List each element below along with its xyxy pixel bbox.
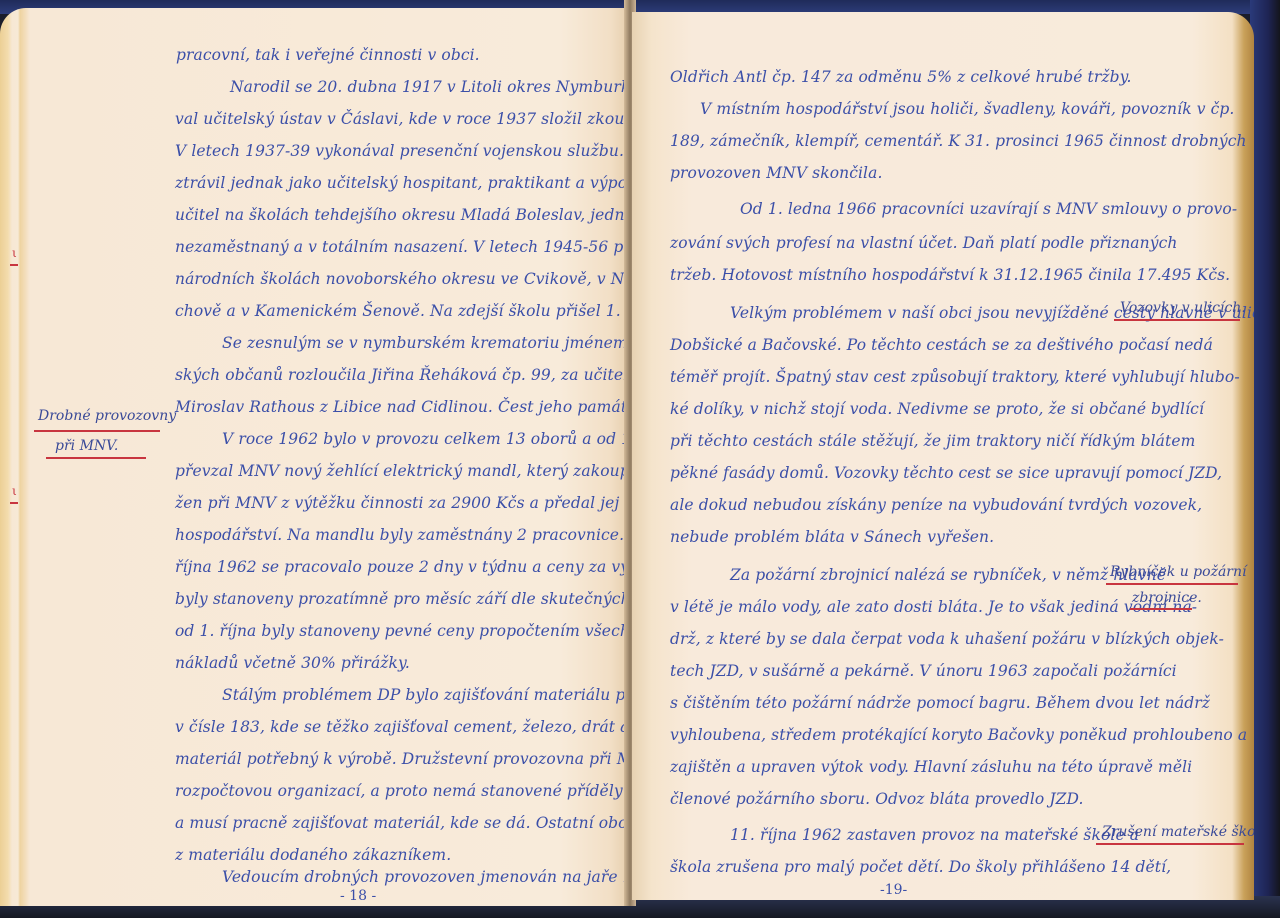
margin-note-underline [1130, 608, 1192, 610]
margin-note-line: Rybníček u požární [1110, 564, 1247, 580]
margin-note-line: Vozovky v ulicích. [1120, 300, 1246, 316]
page-number: -19- [880, 882, 907, 898]
text-line: Dobšické a Bačovské. Po těchto cestách s… [670, 336, 1213, 354]
margin-note-line: Drobné provozovny [38, 408, 176, 424]
text-line: 189, zámečník, klempíř, cementář. K 31. … [670, 132, 1247, 150]
text-line: nezaměstnaný a v totálním nasazení. V le… [175, 238, 628, 256]
text-line: byly stanoveny prozatímně pro měsíc září… [175, 590, 628, 608]
text-line: zování svých profesí na vlastní účet. Da… [670, 234, 1177, 252]
text-line: škola zrušena pro malý počet dětí. Do šk… [670, 858, 1171, 876]
text-line: ských občanů rozloučila Jiřina Řeháková … [175, 366, 628, 384]
page-number: - 18 - [340, 888, 376, 904]
text-line: val učitelský ústav v Čáslavi, kde v roc… [175, 110, 628, 128]
text-line: 11. října 1962 zastaven provoz na mateřs… [730, 826, 1139, 844]
text-line: při těchto cestách stále stěžují, že jim… [670, 432, 1195, 450]
margin-tick-mark: ι [12, 246, 17, 260]
text-line: v létě je málo vody, ale zato dosti blát… [670, 598, 1197, 616]
text-line: vyhloubena, středem protékající koryto B… [670, 726, 1247, 744]
text-line: žen při MNV z výtěžku činnosti za 2900 K… [175, 494, 628, 512]
text-line: tržeb. Hotovost místního hospodářství k … [670, 266, 1230, 284]
text-line: pěkné fasády domů. Vozovky těchto cest s… [670, 464, 1222, 482]
text-line: Narodil se 20. dubna 1917 v Litoli okres… [230, 78, 628, 96]
text-line: drž, z které by se dala čerpat voda k uh… [670, 630, 1224, 648]
text-line: převzal MNV nový žehlící elektrický mand… [175, 462, 628, 480]
text-line: tech JZD, v sušárně a pekárně. V únoru 1… [670, 662, 1177, 680]
margin-tick-underline [10, 502, 18, 504]
text-line: téměř projít. Špatný stav cest způsobují… [670, 368, 1240, 386]
left-page: ι ι Drobné provozovny při MNV. pracovní,… [0, 8, 628, 906]
text-line: nákladů včetně 30% přirážky. [175, 654, 410, 672]
margin-note-line: zbrojnice. [1132, 590, 1202, 606]
text-line: učitel na školách tehdejšího okresu Mlad… [175, 206, 628, 224]
text-line: Vedoucím drobných provozoven jmenován na… [222, 868, 628, 886]
text-line: ké dolíky, v nichž stojí voda. Nedivme s… [670, 400, 1204, 418]
text-line: V letech 1937-39 vykonával presenční voj… [175, 142, 628, 160]
margin-tick-underline [10, 264, 18, 266]
text-line: s čištěním této požární nádrže pomocí ba… [670, 694, 1210, 712]
text-line: V roce 1962 bylo v provozu celkem 13 obo… [222, 430, 628, 448]
margin-note-underline [1114, 319, 1240, 321]
text-line: zajištěn a upraven výtok vody. Hlavní zá… [670, 758, 1192, 776]
margin-note-underline [46, 457, 146, 459]
margin-note-underline [1096, 843, 1244, 845]
text-line: a musí pracně zajišťovat materiál, kde s… [175, 814, 628, 832]
margin-note-underline [34, 430, 160, 432]
margin-note-line: při MNV. [55, 438, 118, 454]
margin-note-underline [1106, 583, 1238, 585]
right-page: Oldřich Antl čp. 147 za odměnu 5% z celk… [632, 12, 1254, 900]
text-line: ztrávil jednak jako učitelský hospitant,… [175, 174, 628, 192]
text-line: v čísle 183, kde se těžko zajišťoval cem… [175, 718, 628, 736]
text-line: Od 1. ledna 1966 pracovníci uzavírají s … [740, 200, 1237, 218]
text-line: pracovní, tak i veřejné činnosti v obci. [176, 46, 480, 64]
text-line: národních školách novoborského okresu ve… [175, 270, 628, 288]
text-line: členové požárního sboru. Odvoz bláta pro… [670, 790, 1084, 808]
text-line: října 1962 se pracovalo pouze 2 dny v tý… [175, 558, 628, 576]
text-line: Se zesnulým se v nymburském krematoriu j… [222, 334, 628, 352]
text-line: hospodářství. Na mandlu byly zaměstnány … [175, 526, 628, 544]
margin-tick-mark: ι [12, 484, 17, 498]
notebook-cover-right [1250, 0, 1280, 918]
text-line: chově a v Kamenickém Šenově. Na zdejší š… [175, 302, 628, 320]
text-line: rozpočtovou organizací, a proto nemá sta… [175, 782, 628, 800]
text-line: nebude problém bláta v Sánech vyřešen. [670, 528, 994, 546]
text-line: Miroslav Rathous z Libice nad Cidlinou. … [175, 398, 628, 416]
text-line: Za požární zbrojnicí nalézá se rybníček,… [730, 566, 1166, 584]
text-line: ale dokud nebudou získány peníze na vybu… [670, 496, 1202, 514]
text-line: materiál potřebný k výrobě. Družstevní p… [175, 750, 628, 768]
text-line: Oldřich Antl čp. 147 za odměnu 5% z celk… [670, 68, 1132, 86]
text-line: od 1. října byly stanoveny pevné ceny pr… [175, 622, 628, 640]
text-line: V místním hospodářství jsou holiči, švad… [700, 100, 1234, 118]
text-line: Stálým problémem DP bylo zajišťování mat… [222, 686, 628, 704]
text-line: z materiálu dodaného zákazníkem. [175, 846, 451, 864]
text-line: provozoven MNV skončila. [670, 164, 882, 182]
margin-note-line: Zrušení mateřské školy. [1102, 824, 1254, 840]
